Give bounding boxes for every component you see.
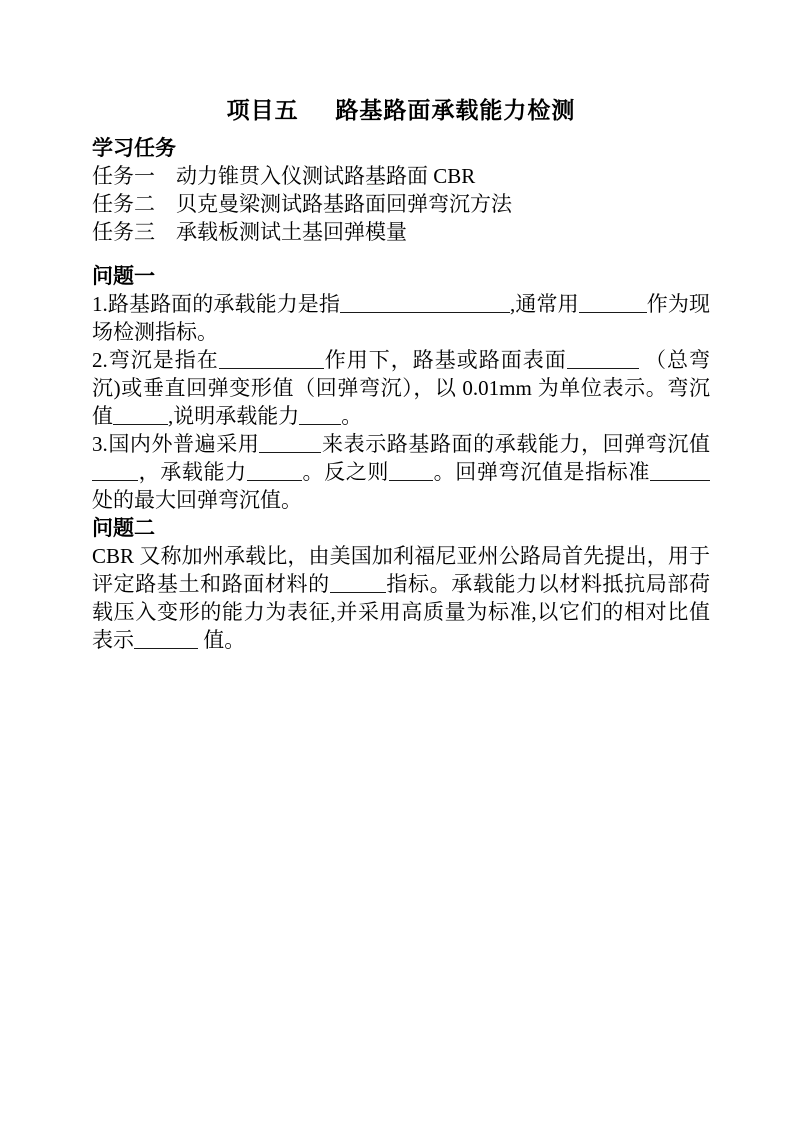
text-run: ，承载能力 <box>138 460 247 484</box>
text-run: 1.路基路面的承载能力是指 <box>92 292 340 316</box>
text-run: 值。 <box>198 628 245 652</box>
question-1-item-1: 1.路基路面的承载能力是指,通常用作为现场检测指标。 <box>92 290 710 346</box>
question-1-item-3: 3.国内外普遍采用来表示路基路面的承载能力，回弹弯沉值，承载能力。反之则。回弹弯… <box>92 430 710 514</box>
text-run: 3.国内外普遍采用 <box>92 432 259 456</box>
fill-in-blank <box>299 403 341 425</box>
heading-learning-tasks: 学习任务 <box>92 134 710 162</box>
text-run: 。反之则 <box>302 460 389 484</box>
fill-in-blank <box>134 627 198 649</box>
document-page: 项目五 路基路面承载能力检测 学习任务 任务一 动力锥贯入仪测试路基路面 CBR… <box>0 0 800 1131</box>
task-item-3: 任务三 承载板测试土基回弹模量 <box>92 218 710 246</box>
page-title: 项目五 路基路面承载能力检测 <box>92 96 710 126</box>
page-title-project-number: 项目五 <box>227 98 299 123</box>
task-item-2: 任务二 贝克曼梁测试路基路面回弹弯沉方法 <box>92 190 710 218</box>
page-title-subject: 路基路面承载能力检测 <box>335 98 575 123</box>
text-run: 2.弯沉是指在 <box>92 348 219 372</box>
fill-in-blank <box>92 459 138 481</box>
fill-in-blank <box>113 403 168 425</box>
heading-question-1: 问题一 <box>92 262 710 290</box>
fill-in-blank <box>330 571 386 593</box>
fill-in-blank <box>579 291 647 313</box>
fill-in-blank <box>650 459 710 481</box>
text-run: 。 <box>341 404 362 428</box>
fill-in-blank <box>247 459 302 481</box>
fill-in-blank <box>340 291 510 313</box>
text-run: ,说明承载能力 <box>168 404 299 428</box>
text-run: 来表示路基路面的承载能力，回弹弯沉值 <box>321 432 710 456</box>
fill-in-blank <box>389 459 433 481</box>
text-run: 。回弹弯沉值是指标准 <box>433 460 650 484</box>
fill-in-blank <box>567 347 639 369</box>
text-run: 处的最大回弹弯沉值。 <box>92 488 302 512</box>
question-2-text: CBR 又称加州承载比，由美国加利福尼亚州公路局首先提出，用于评定路基土和路面材… <box>92 542 710 654</box>
fill-in-blank <box>259 431 321 453</box>
heading-question-2: 问题二 <box>92 514 710 542</box>
question-1-item-2: 2.弯沉是指在作用下，路基或路面表面 （总弯沉)或垂直回弹变形值（回弹弯沉），以… <box>92 346 710 430</box>
task-item-1: 任务一 动力锥贯入仪测试路基路面 CBR <box>92 162 710 190</box>
fill-in-blank <box>219 347 324 369</box>
text-run: 作用下，路基或路面表面 <box>324 348 567 372</box>
text-run: ,通常用 <box>510 292 579 316</box>
